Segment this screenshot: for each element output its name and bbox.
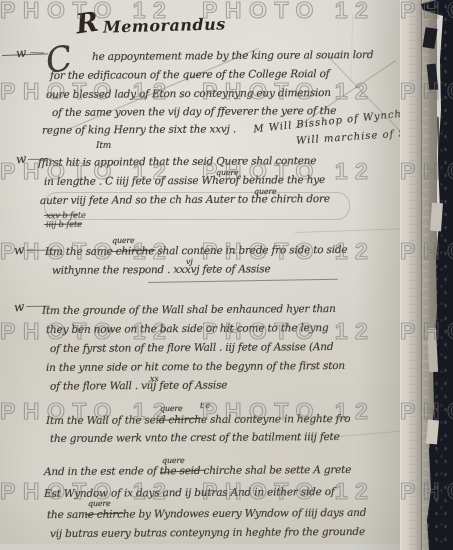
paper-crease-line [328,428,433,438]
ink-stroke [295,60,397,129]
paper-crease-line [350,12,353,82]
ink-stroke [44,223,82,225]
bottom-border-bar [0,544,432,550]
ink-stroke [26,306,50,307]
ink-stroke [85,513,125,516]
ink-stroke [330,58,402,132]
ink-stroke [70,48,259,129]
ink-stroke [158,418,202,421]
ink-stroke [148,279,338,283]
ink-stroke [112,249,156,252]
ink-loop-outline [44,192,350,220]
paper-crease-line [295,228,413,233]
ink-stroke [2,53,48,56]
ink-flourish-layer [0,0,453,550]
ink-stroke [28,159,52,160]
ink-stroke [160,470,205,474]
ink-stroke [437,117,440,167]
manuscript-photo: R Memorandus wChe appoyntement made by t… [0,0,453,550]
ink-stroke [26,249,56,251]
